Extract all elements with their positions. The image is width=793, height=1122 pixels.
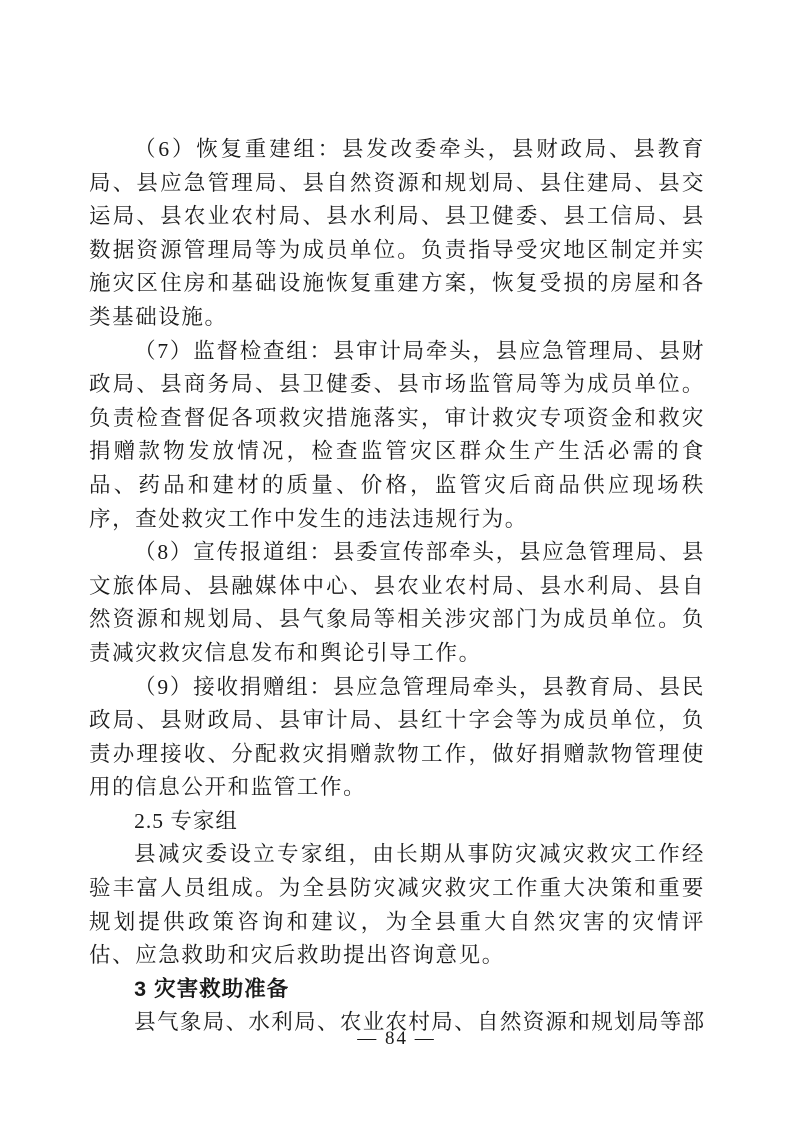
document-text-area: （6）恢复重建组：县发改委牵头，县财政局、县教育局、县应急管理局、县自然资源和规… bbox=[89, 133, 705, 1040]
document-page: （6）恢复重建组：县发改委牵头，县财政局、县教育局、县应急管理局、县自然资源和规… bbox=[0, 0, 793, 1122]
heading-disaster-relief-preparation: 3 灾害救助准备 bbox=[89, 973, 705, 1007]
paragraph-recovery-rebuild-group: （6）恢复重建组：县发改委牵头，县财政局、县教育局、县应急管理局、县自然资源和规… bbox=[89, 133, 705, 335]
paragraph-expert-group: 县减灾委设立专家组，由长期从事防灾减灾救灾工作经验丰富人员组成。为全县防灾减灾救… bbox=[89, 838, 705, 972]
page-number: — 84 — bbox=[0, 1028, 793, 1050]
paragraph-donation-receiving-group: （9）接收捐赠组：县应急管理局牵头，县教育局、县民政局、县财政局、县审计局、县红… bbox=[89, 671, 705, 805]
paragraph-publicity-reporting-group: （8）宣传报道组：县委宣传部牵头，县应急管理局、县文旅体局、县融媒体中心、县农业… bbox=[89, 536, 705, 670]
heading-expert-group: 2.5 专家组 bbox=[89, 805, 705, 839]
paragraph-supervision-inspection-group: （7）监督检查组：县审计局牵头，县应急管理局、县财政局、县商务局、县卫健委、县市… bbox=[89, 335, 705, 537]
